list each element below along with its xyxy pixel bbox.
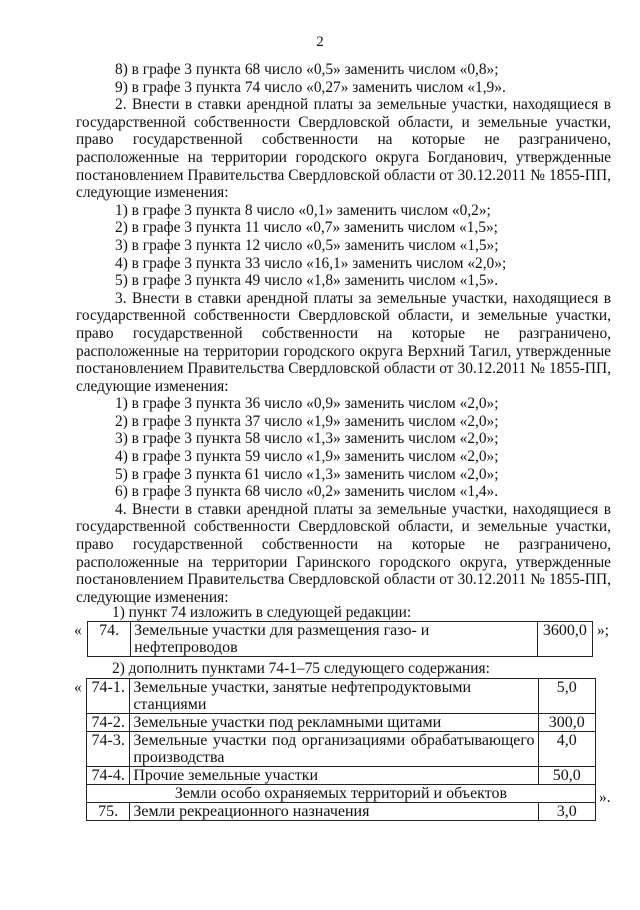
section-line: государственной собственности Свердловск… <box>76 114 611 132</box>
section-line: право государственной собственности на к… <box>76 536 611 554</box>
table-row: 74-3. Земельные участки под организациям… <box>87 732 596 767</box>
amendment-item: 1) в графе 3 пункта 8 число «0,1» замени… <box>76 202 611 220</box>
amendment-item: 2) в графе 3 пункта 37 число «1,9» замен… <box>76 413 611 431</box>
table-group-header-row: Земли особо охраняемых территорий и объе… <box>87 785 596 803</box>
row-description: Земли рекреационного назначения <box>130 803 538 821</box>
row-value: 3,0 <box>538 803 595 821</box>
row-description: Земельные участки под рекламными щитами <box>130 714 538 732</box>
section-line: следующие изменения: <box>76 184 611 202</box>
row-value: 5,0 <box>538 679 595 714</box>
section-line: постановлением Правительства Свердловско… <box>76 571 611 589</box>
amendment-item: 6) в графе 3 пункта 68 число «0,2» замен… <box>76 483 611 501</box>
section-4: 4. Внести в ставки арендной платы за зем… <box>76 501 611 607</box>
section-line: расположенные на территории Гаринского г… <box>76 554 611 572</box>
row-number: 74. <box>88 622 131 657</box>
row-description: Земельные участки под организациями обра… <box>130 732 538 767</box>
close-quote: ». <box>599 789 611 807</box>
section-line: государственной собственности Свердловск… <box>76 307 611 325</box>
section-line: постановлением Правительства Свердловско… <box>76 167 611 185</box>
amendment-item: 3) в графе 3 пункта 58 число «1,3» замен… <box>76 430 611 448</box>
row-number: 74-3. <box>87 732 130 767</box>
table-row: 74. Земельные участки для размещения газ… <box>88 622 593 657</box>
section-line: 4. Внести в ставки арендной платы за зем… <box>76 501 611 519</box>
document-body: 8) в графе 3 пункта 68 число «0,5» замен… <box>76 61 611 606</box>
row-description: Прочие земельные участки <box>130 767 538 785</box>
open-quote: « <box>74 679 82 697</box>
section-3: 3. Внести в ставки арендной платы за зем… <box>76 290 611 501</box>
close-quote: »; <box>597 622 609 640</box>
row-description: Земельные участки, занятые нефтепродукто… <box>130 679 538 714</box>
table-points-74-1-75: 74-1. Земельные участки, занятые нефтепр… <box>86 678 596 821</box>
sub1-heading: 1) пункт 74 изложить в следующей редакци… <box>112 604 411 622</box>
section-line: 3. Внести в ставки арендной платы за зем… <box>76 290 611 308</box>
section-line: следующие изменения: <box>76 378 611 396</box>
page-number: 2 <box>0 34 640 51</box>
table-row: 74-2. Земельные участки под рекламными щ… <box>87 714 596 732</box>
section-line: расположенные на территории городского о… <box>76 343 611 361</box>
section-line: постановлением Правительства Свердловско… <box>76 360 611 378</box>
amendment-item: 1) в графе 3 пункта 36 число «0,9» замен… <box>76 395 611 413</box>
amendment-item: 9) в графе 3 пункта 74 число «0,27» заме… <box>76 79 611 97</box>
section-line: право государственной собственности на к… <box>76 131 611 149</box>
row-value: 3600,0 <box>537 622 592 657</box>
amendment-item: 4) в графе 3 пункта 59 число «1,9» замен… <box>76 448 611 466</box>
row-value: 50,0 <box>538 767 595 785</box>
section-line: 2. Внести в ставки арендной платы за зем… <box>76 96 611 114</box>
table-row: 74-1. Земельные участки, занятые нефтепр… <box>87 679 596 714</box>
row-description: Земельные участки для размещения газо- и… <box>131 622 538 657</box>
row-number: 74-1. <box>87 679 130 714</box>
table-row: 74-4. Прочие земельные участки 50,0 <box>87 767 596 785</box>
section-2: 2. Внести в ставки арендной платы за зем… <box>76 96 611 290</box>
row-value: 4,0 <box>538 732 595 767</box>
section-line: расположенные на территории городского о… <box>76 149 611 167</box>
row-number: 74-2. <box>87 714 130 732</box>
section-line: право государственной собственности на к… <box>76 325 611 343</box>
open-quote: « <box>74 622 82 640</box>
amendment-item: 5) в графе 3 пункта 61 число «1,3» замен… <box>76 466 611 484</box>
amendment-item: 4) в графе 3 пункта 33 число «16,1» заме… <box>76 255 611 273</box>
amendment-item: 3) в графе 3 пункта 12 число «0,5» замен… <box>76 237 611 255</box>
table-point-74: 74. Земельные участки для размещения газ… <box>87 621 593 657</box>
group-header: Земли особо охраняемых территорий и объе… <box>87 785 596 803</box>
row-number: 74-4. <box>87 767 130 785</box>
section-line: государственной собственности Свердловск… <box>76 518 611 536</box>
amendment-item: 2) в графе 3 пункта 11 число «0,7» замен… <box>76 219 611 237</box>
row-value: 300,0 <box>538 714 595 732</box>
row-number: 75. <box>87 803 130 821</box>
sub2-heading: 2) дополнить пунктами 74-1–75 следующего… <box>112 660 490 678</box>
table-row: 75. Земли рекреационного назначения 3,0 <box>87 803 596 821</box>
amendment-item: 5) в графе 3 пункта 49 число «1,8» замен… <box>76 272 611 290</box>
amendment-item: 8) в графе 3 пункта 68 число «0,5» замен… <box>76 61 611 79</box>
